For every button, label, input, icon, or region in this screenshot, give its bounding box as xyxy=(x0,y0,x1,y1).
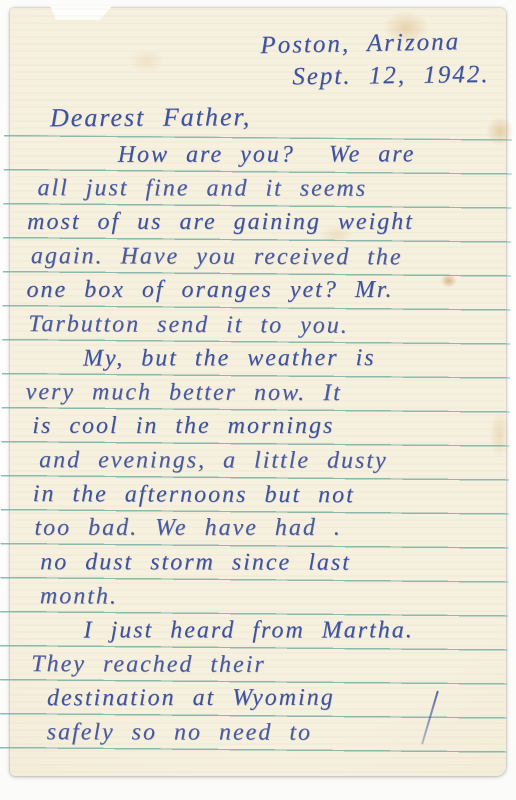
letter-content: Poston, Arizona Sept. 12, 1942. Dearest … xyxy=(4,8,507,780)
letter-salutation: Dearest Father, xyxy=(50,103,251,132)
letter-line: How are you? We are xyxy=(118,140,416,169)
letter-line: no dust storm since last xyxy=(40,548,351,577)
letter-line: one box of oranges yet? Mr. xyxy=(27,276,394,304)
letter-line: safely so no need to xyxy=(47,718,312,746)
letter-line: destination at Wyoming xyxy=(47,684,335,713)
letter-line: most of us are gaining weight xyxy=(27,208,414,236)
letter-line: and evenings, a little dusty xyxy=(39,446,388,475)
letter-line: My, but the weather is xyxy=(83,344,376,373)
letter-location: Poston, Arizona xyxy=(260,28,460,60)
letter-line: again. Have you received the xyxy=(31,242,403,271)
letter-line: very much better now. It xyxy=(26,378,342,407)
letter-paper: Poston, Arizona Sept. 12, 1942. Dearest … xyxy=(10,8,506,776)
letter-line: too bad. We have had . xyxy=(34,514,341,542)
letter-line: in the afternoons but not xyxy=(33,480,355,509)
letter-date: Sept. 12, 1942. xyxy=(292,61,490,91)
letter-line: is cool in the mornings xyxy=(32,412,334,440)
letter-line: month. xyxy=(40,582,118,610)
letter-line: Tarbutton send it to you. xyxy=(28,310,349,340)
paper-stain xyxy=(129,49,165,73)
letter-line: I just heard from Martha. xyxy=(84,617,414,645)
letter-line: all just fine and it seems xyxy=(37,174,367,203)
scan-background: Poston, Arizona Sept. 12, 1942. Dearest … xyxy=(0,0,516,800)
letter-line: They reached their xyxy=(31,650,265,679)
